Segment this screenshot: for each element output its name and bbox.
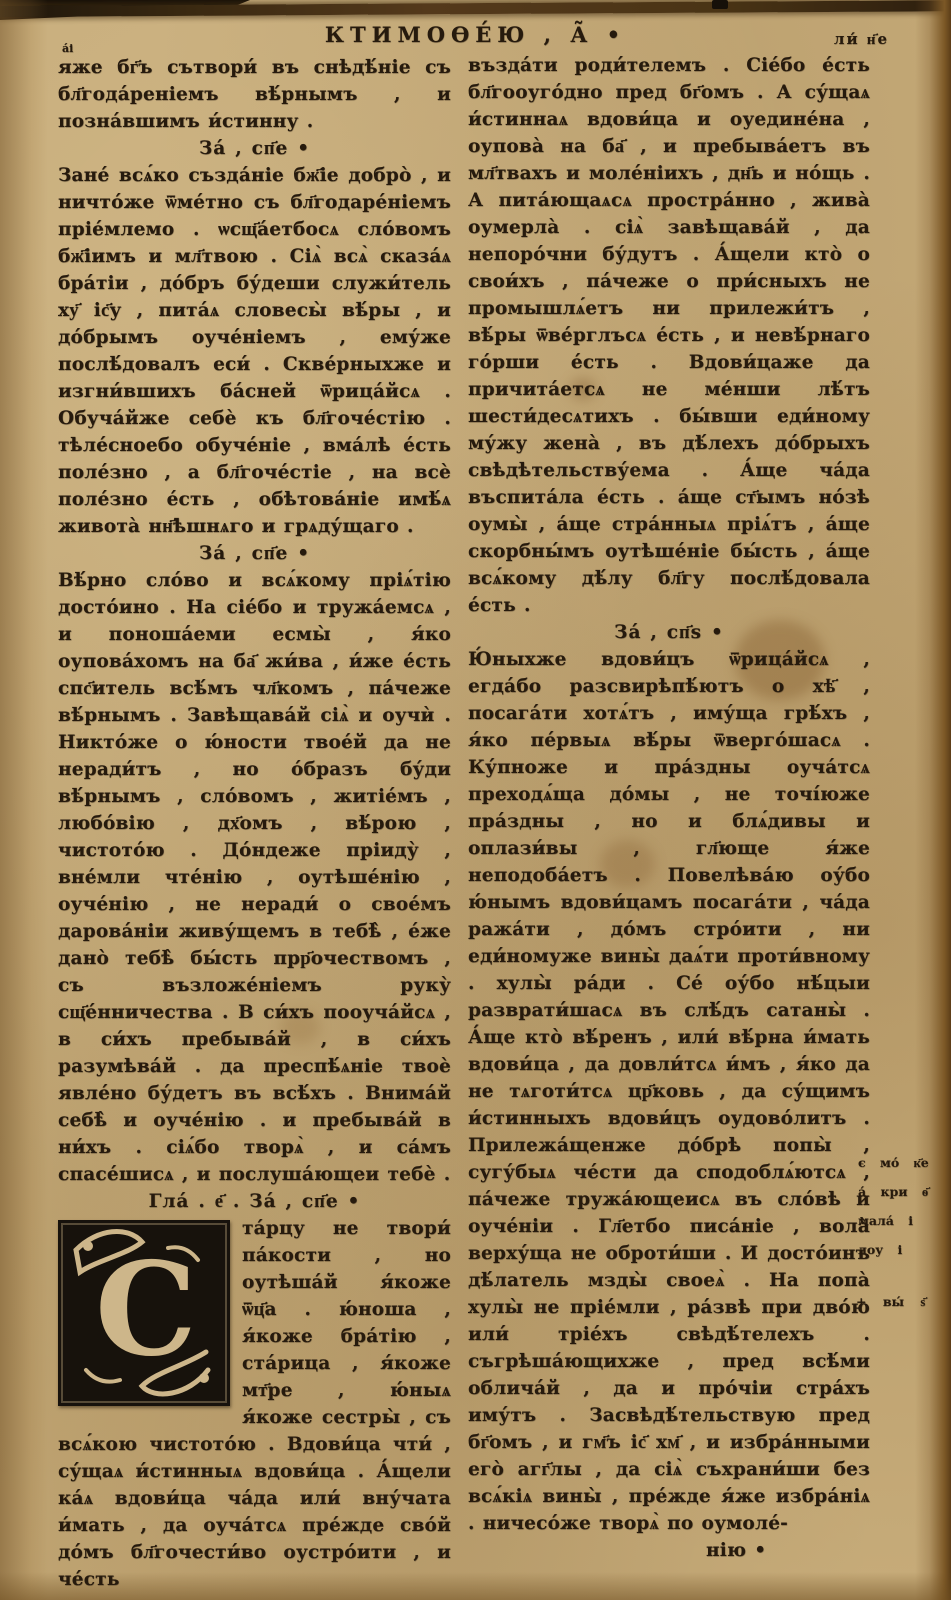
paragraph: възда́ти роди́телемъ . Сіе́бо е́сть бл҃г… xyxy=(468,52,870,619)
folio-number: ли́ н҃е xyxy=(834,30,889,49)
margin-reference: а́ кри ѳ҃ xyxy=(858,1177,948,1206)
chapter-zachalo-heading: Гла́ . е҃ . За́ , сп҃е • xyxy=(58,1188,451,1215)
paragraph: Ю́ныхже вдови́цъ ѿрица́йсѧ , егда́бо раз… xyxy=(468,646,870,1537)
woodcut-initial-icon: С xyxy=(58,1220,230,1406)
paragraph-with-initial: С та́рцу не твори́ па́кости , но оутѣша́… xyxy=(58,1215,451,1593)
right-text-column: възда́ти роди́телемъ . Сіе́бо е́сть бл҃г… xyxy=(468,52,870,1564)
paragraph: Вѣ́рно сло́во и всѧ́кому пріѧ́тію досто́… xyxy=(58,567,451,1188)
zachalo-heading: За́ , сп҃е • xyxy=(58,540,451,567)
margin-reference: мала́ і xyxy=(858,1206,948,1235)
page-right-edge xyxy=(915,0,951,1600)
book-page-scan: КТИМОѲЕ́Ю , А̃ • ли́ н҃е а́і яже бг҃ъ съ… xyxy=(0,0,951,1600)
margin-reference: є мо́ к҃е xyxy=(858,1148,948,1177)
margin-reference: лоу і xyxy=(858,1235,948,1264)
paragraph: яже бг҃ъ сътвори́ въ снѣдѣ́ніе съ бл҃год… xyxy=(58,54,451,135)
running-head-title: КТИМОѲЕ́Ю , А̃ • xyxy=(0,22,951,47)
initial-letter: С xyxy=(95,1235,197,1385)
margin-reference: + вы́ ѕ҃ xyxy=(856,1294,948,1310)
left-text-column: яже бг҃ъ сътвори́ въ снѣдѣ́ніе съ бл҃год… xyxy=(58,54,451,1593)
ink-speck xyxy=(712,0,728,9)
gutter-shadow xyxy=(0,0,48,1600)
zachalo-heading: За́ , сп҃ѕ • xyxy=(468,619,870,646)
paragraph-continuation: нію • xyxy=(468,1537,870,1564)
zachalo-heading: За́ , сп҃е • xyxy=(58,135,451,162)
margin-references: є мо́ к҃е а́ кри ѳ҃ мала́ і лоу і xyxy=(858,1148,948,1264)
paragraph: Зане́ всѧ́ко създа́ніе бж҃іе добро̀ , и … xyxy=(58,162,451,540)
